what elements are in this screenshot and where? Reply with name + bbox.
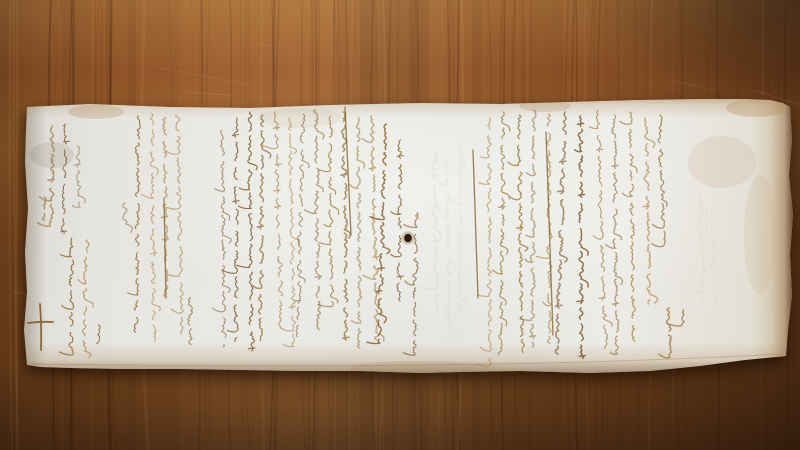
paper-stain (744, 175, 776, 295)
paper-stain (519, 100, 571, 112)
bleedthrough-line (710, 210, 717, 305)
script-line-D11 (643, 118, 657, 304)
script-line-C8 (305, 110, 324, 330)
manuscript-photo (0, 0, 800, 450)
script-line-C11 (350, 118, 365, 348)
script-line-A8-mark (123, 203, 133, 232)
script-line-B2 (141, 113, 160, 341)
script-line-D6 (555, 112, 567, 354)
script-line-D4 (521, 110, 536, 347)
script-line-A1 (38, 126, 55, 226)
script-line-A3 (73, 146, 86, 207)
script-line-C3 (237, 112, 258, 351)
bleedthrough-line (451, 145, 467, 312)
script-line-D8 (589, 110, 612, 349)
script-line-B4 (166, 115, 183, 335)
bleedthrough-line (438, 160, 452, 325)
paper-stain (350, 361, 490, 375)
script-line-C9 (318, 116, 338, 307)
script-line-C5 (262, 112, 283, 329)
paper-stain (688, 136, 756, 188)
script-line-D3 (508, 115, 528, 352)
script-line-A7-mark7 (97, 325, 101, 344)
script-line-C10 (341, 112, 350, 340)
script-line-B1 (128, 116, 141, 332)
script-line-A5 (59, 238, 74, 355)
underline-rule (473, 150, 478, 298)
script-line-E2-mark7 (669, 310, 684, 326)
script-line-C14 (391, 140, 404, 301)
script-line-C4 (253, 115, 271, 341)
script-line-A2 (61, 124, 70, 234)
script-line-C7 (295, 114, 310, 337)
script-line-D1 (477, 118, 491, 366)
bleedthrough-line (423, 150, 441, 315)
script-line-D10 (620, 112, 637, 341)
paper-stain (68, 105, 124, 119)
manuscript-page-shadow (0, 0, 800, 450)
manuscript-page (0, 0, 800, 450)
script-line-D12 (652, 115, 667, 247)
script-line-C13 (367, 124, 390, 344)
script-line-D9 (606, 115, 623, 354)
bleedthrough-line (696, 195, 707, 301)
script-line-C1 (212, 130, 231, 347)
handwriting-layer (0, 0, 800, 450)
script-line-D7 (575, 116, 589, 359)
script-line-A6 (79, 240, 94, 357)
paper-stain (726, 99, 786, 117)
script-line-E1-docket (659, 308, 671, 358)
script-line-C6 (283, 118, 300, 347)
wormhole (404, 234, 412, 243)
script-line-D2 (493, 112, 510, 355)
invocation-cross-mark (28, 304, 53, 350)
script-line-B5-short (188, 298, 192, 344)
